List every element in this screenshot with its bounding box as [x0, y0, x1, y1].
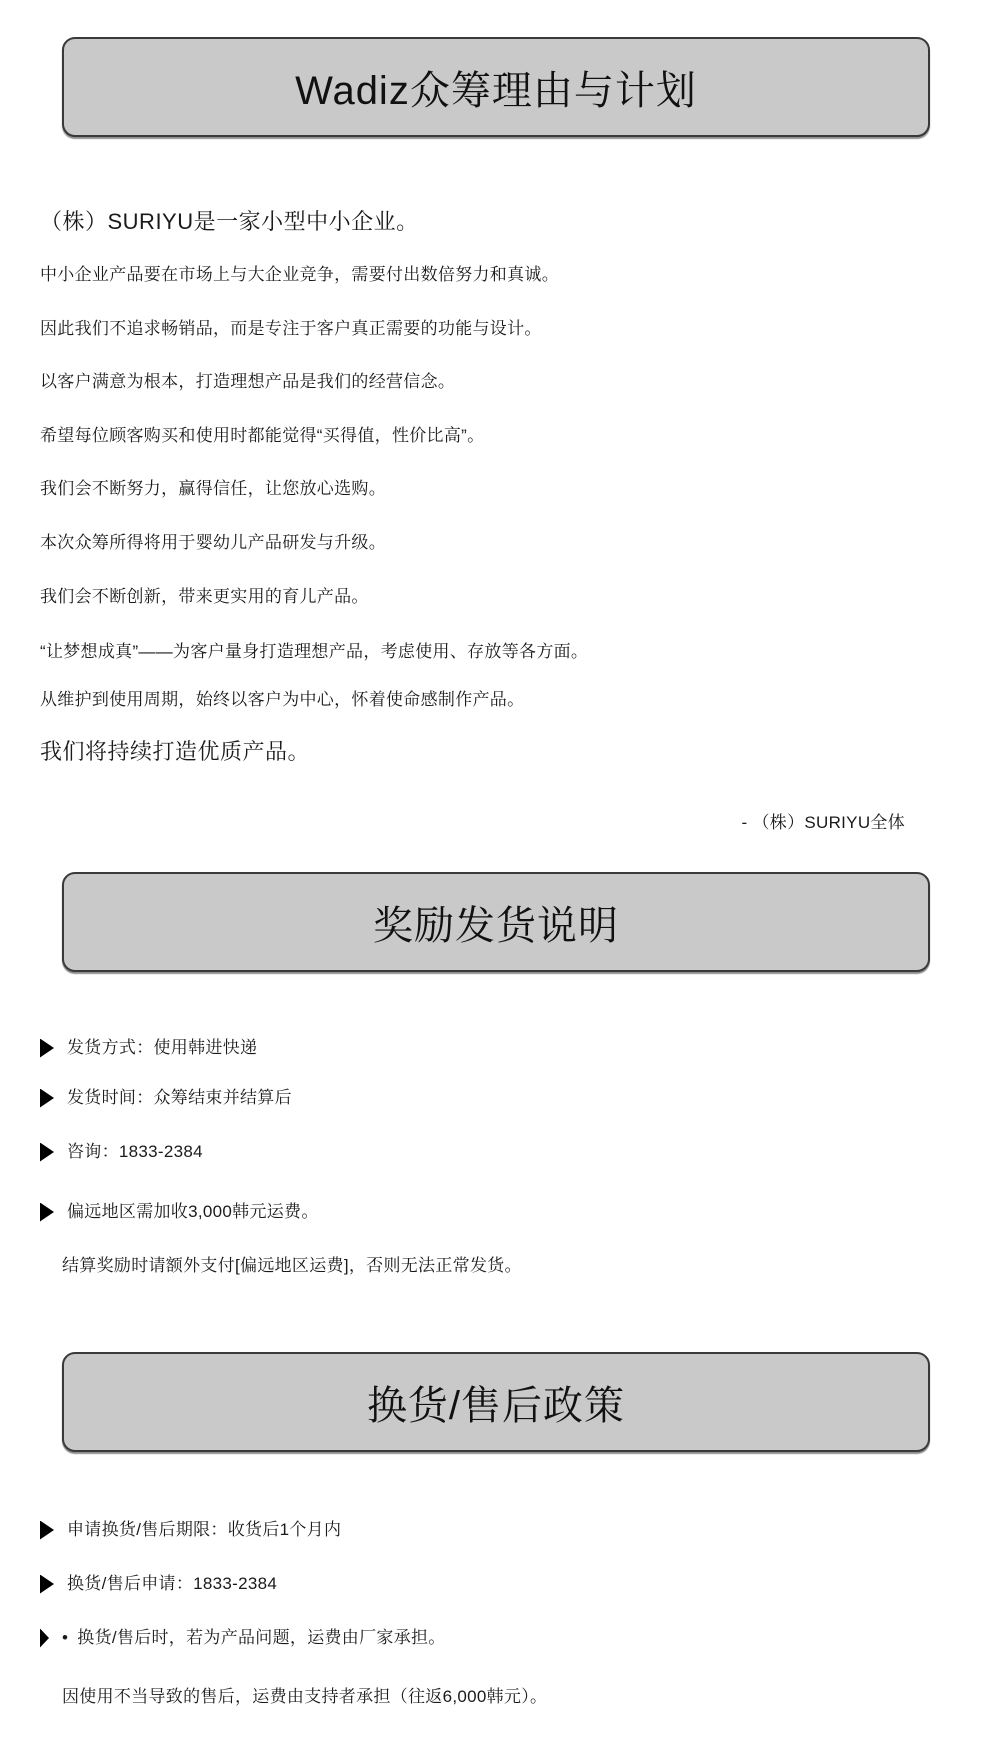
triangle-bullet-icon: [40, 1521, 54, 1540]
shipping-note: 结算奖励时请额外支付[偏远地区运费]，否则无法正常发货。: [62, 1254, 522, 1278]
intro-section-title: Wadiz众筹理由与计划: [295, 59, 697, 116]
triangle-bullet-icon: [40, 1039, 54, 1058]
shipping-section-header: 奖励发货说明: [62, 872, 930, 972]
intro-attribution: - （株）SURIYU全体: [741, 808, 905, 833]
exchange-section-header: 换货/售后政策: [62, 1352, 930, 1452]
exchange-bullet-row: 申请换货/售后期限：收货后1个月内: [40, 1518, 341, 1542]
exchange-bullet-text: 申请换货/售后期限：收货后1个月内: [67, 1518, 341, 1542]
intro-paragraph: 中小企业产品要在市场上与大企业竞争，需要付出数倍努力和真诚。: [40, 263, 559, 287]
intro-paragraph: 希望每位顾客购买和使用时都能觉得“买得值，性价比高”。: [40, 424, 484, 448]
triangle-bullet-icon: [40, 1575, 54, 1594]
intro-paragraph: 从维护到使用周期，始终以客户为中心，怀着使命感制作产品。: [40, 688, 524, 712]
intro-section-header: Wadiz众筹理由与计划: [62, 37, 930, 137]
intro-paragraph: 因此我们不追求畅销品，而是专注于客户真正需要的功能与设计。: [40, 317, 542, 341]
exchange-bullet-text: 换货/售后申请：1833-2384: [67, 1572, 277, 1596]
shipping-bullet-text: 发货方式：使用韩进快递: [67, 1036, 257, 1060]
shipping-bullet-row: 发货时间：众筹结束并结算后: [40, 1086, 292, 1110]
shipping-bullet-text: 咨询：1833-2384: [67, 1140, 203, 1164]
intro-paragraph: 本次众筹所得将用于婴幼儿产品研发与升级。: [40, 531, 386, 555]
shipping-section-title: 奖励发货说明: [373, 894, 619, 951]
exchange-section-title: 换货/售后政策: [367, 1374, 625, 1431]
shipping-bullet-row: 发货方式：使用韩进快递: [40, 1036, 257, 1060]
shipping-bullet-text: 偏远地区需加收3,000韩元运费。: [67, 1200, 319, 1224]
triangle-bullet-icon: [40, 1089, 54, 1108]
triangle-bullet-icon: [40, 1143, 54, 1162]
intro-paragraph: 以客户满意为根本，打造理想产品是我们的经营信念。: [40, 370, 455, 394]
shipping-bullet-row: 咨询：1833-2384: [40, 1140, 203, 1164]
intro-paragraph: （株）SURIYU是一家小型中小企业。: [40, 207, 419, 237]
shipping-bullet-text: 发货时间：众筹结束并结算后: [67, 1086, 292, 1110]
exchange-bullet-text: 换货/售后时，若为产品问题，运费由厂家承担。: [77, 1626, 445, 1650]
intro-paragraph: 我们会不断努力，赢得信任，让您放心选购。: [40, 477, 386, 501]
crowdfunding-info-page: Wadiz众筹理由与计划 （株）SURIYU是一家小型中小企业。 中小企业产品要…: [0, 0, 1000, 1760]
intro-paragraph: 我们将持续打造优质产品。: [40, 737, 310, 767]
shipping-bullet-row: 偏远地区需加收3,000韩元运费。: [40, 1200, 319, 1224]
intro-paragraph: “让梦想成真”——为客户量身打造理想产品，考虑使用、存放等各方面。: [40, 640, 588, 664]
intro-paragraph: 我们会不断创新，带来更实用的育儿产品。: [40, 585, 369, 609]
triangle-bullet-icon: [40, 1203, 54, 1222]
exchange-note: 因使用不当导致的售后，运费由支持者承担（往返6,000韩元）。: [62, 1685, 547, 1709]
dot-bullet-icon: •: [62, 1626, 68, 1650]
half-triangle-bullet-icon: [40, 1629, 49, 1648]
exchange-bullet-row: • 换货/售后时，若为产品问题，运费由厂家承担。: [40, 1626, 446, 1650]
exchange-bullet-row: 换货/售后申请：1833-2384: [40, 1572, 277, 1596]
